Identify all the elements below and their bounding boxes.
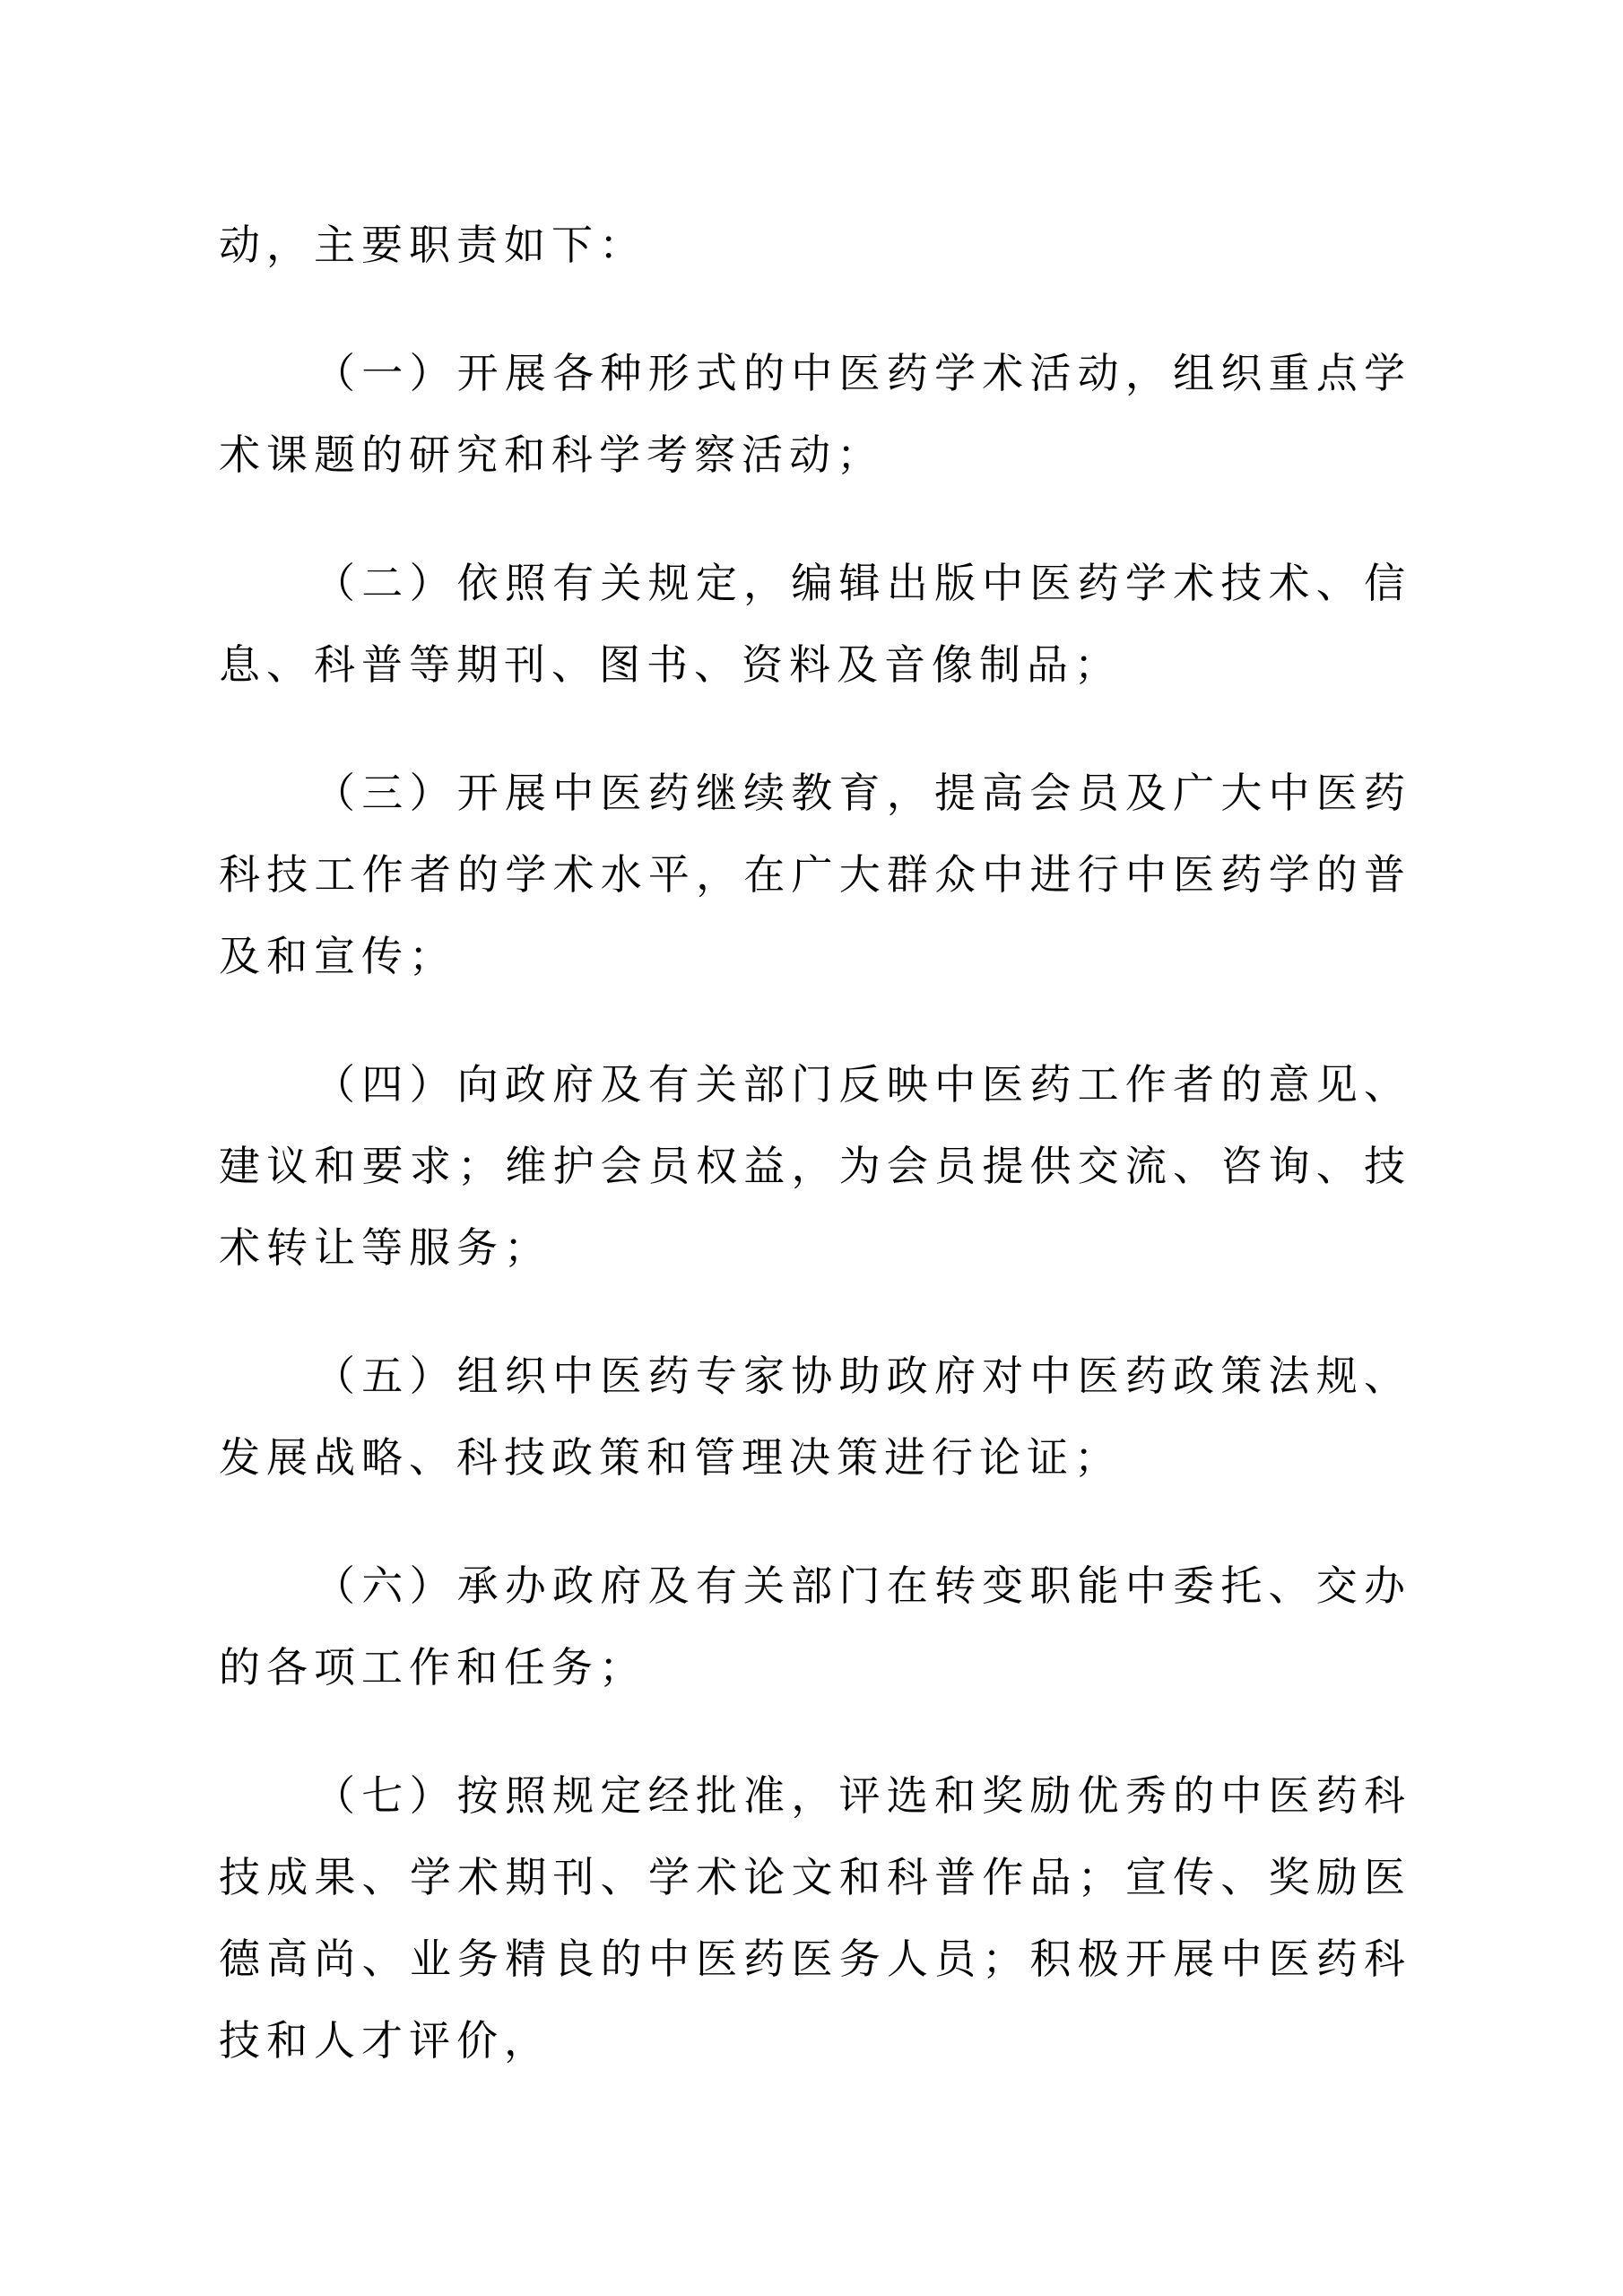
body-paragraph: （四）向政府及有关部门反映中医药工作者的意见、建议和要求；维护会员权益，为会员提… (219, 1044, 1411, 1289)
body-paragraph: 动，主要职责如下： (219, 204, 1411, 286)
body-paragraph: （三）开展中医药继续教育，提高会员及广大中医药科技工作者的学术水平，在广大群众中… (219, 752, 1411, 997)
body-paragraph: （六）承办政府及有关部门在转变职能中委托、交办的各项工作和任务； (219, 1545, 1411, 1709)
body-paragraph: （二）依照有关规定，编辑出版中医药学术技术、信息、科普等期刊、图书、资料及音像制… (219, 543, 1411, 706)
body-paragraph: （七）按照规定经批准，评选和奖励优秀的中医药科技成果、学术期刊、学术论文和科普作… (219, 1755, 1411, 2082)
document-body: 动，主要职责如下： （一）开展各种形式的中医药学术活动，组织重点学术课题的研究和… (219, 204, 1411, 2128)
body-paragraph: （一）开展各种形式的中医药学术活动，组织重点学术课题的研究和科学考察活动； (219, 333, 1411, 496)
document-page: 动，主要职责如下： （一）开展各种形式的中医药学术活动，组织重点学术课题的研究和… (0, 0, 1623, 2296)
body-paragraph: （五）组织中医药专家协助政府对中医药政策法规、发展战略、科技政策和管理决策进行论… (219, 1335, 1411, 1499)
